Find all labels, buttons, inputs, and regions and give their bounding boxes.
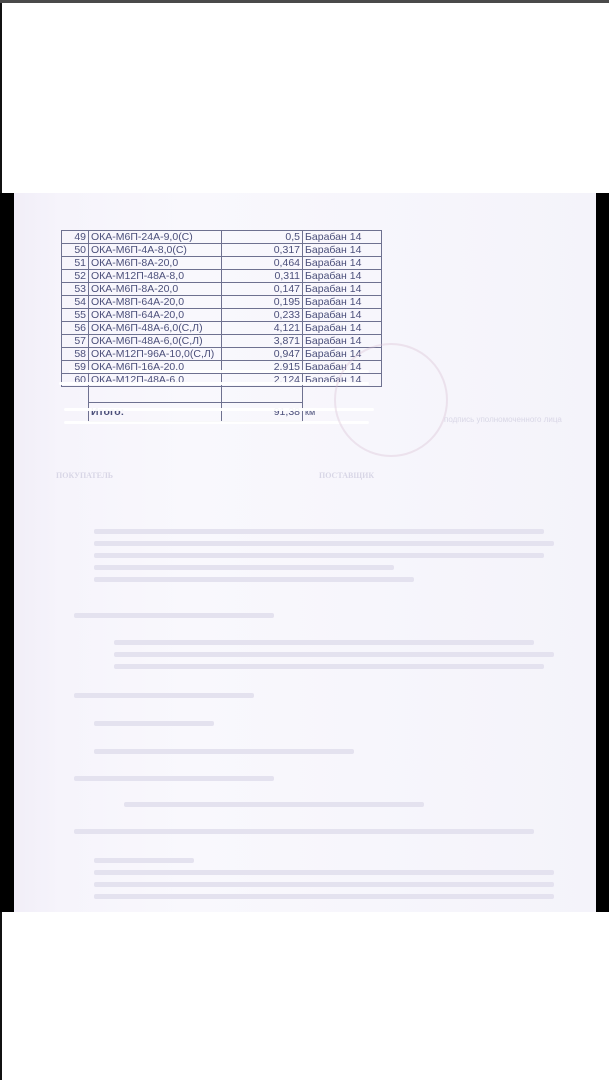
signature-left: ПОКУПАТЕЛЬ: [56, 471, 113, 480]
redaction-scribble: [69, 370, 369, 373]
cell-name: ОКА-М8П-64А-20,0: [89, 296, 222, 309]
cell-location: Барабан 14: [303, 309, 382, 322]
viewer-top-area: [0, 3, 609, 193]
cell-num: 54: [62, 296, 89, 309]
cell-num: 49: [62, 231, 89, 244]
cell-location: Барабан 14: [303, 244, 382, 257]
cell-num: 52: [62, 270, 89, 283]
cell-name: ОКА-М6П-24А-9,0(С): [89, 231, 222, 244]
table-row: 54ОКА-М8П-64А-20,00,195Барабан 14: [62, 296, 382, 309]
cell-name: ОКА-М6П-8А-20,0: [89, 257, 222, 270]
cell-length: 0,947: [222, 348, 303, 361]
cell-length: 0,464: [222, 257, 303, 270]
table-row: 56ОКА-М6П-48А-6,0(С,Л)4,121Барабан 14: [62, 322, 382, 335]
cell-name: ОКА-М6П-48А-6,0(С,Л): [89, 322, 222, 335]
cell-num: 55: [62, 309, 89, 322]
cell-length: 4,121: [222, 322, 303, 335]
cell-length: 0,317: [222, 244, 303, 257]
cell-length: 0,311: [222, 270, 303, 283]
redaction-scribble: [64, 408, 374, 411]
signature-right: ПОСТАВЩИК: [319, 471, 374, 480]
cell-name: ОКА-М12П-96А-10,0(С,Л): [89, 348, 222, 361]
cell-length: 0,147: [222, 283, 303, 296]
table-row: 57ОКА-М6П-48А-6,0(С,Л)3,871Барабан 14: [62, 335, 382, 348]
table-row: 55ОКА-М8П-64А-20,00,233Барабан 14: [62, 309, 382, 322]
cell-name: ОКА-М6П-48А-6,0(С,Л): [89, 335, 222, 348]
cell-num: 56: [62, 322, 89, 335]
cell-num: 57: [62, 335, 89, 348]
document-photo[interactable]: 49ОКА-М6П-24А-9,0(С)0,5Барабан 1450ОКА-М…: [0, 193, 609, 912]
cell-name: ОКА-М8П-64А-20,0: [89, 309, 222, 322]
stamp-caption: подпись уполномоченного лица: [444, 415, 562, 424]
table-row: 51ОКА-М6П-8А-20,00,464Барабан 14: [62, 257, 382, 270]
cell-num: 51: [62, 257, 89, 270]
cell-num: 53: [62, 283, 89, 296]
cell-num: 50: [62, 244, 89, 257]
table-row: 50ОКА-М6П-4А-8,0(С)0,317Барабан 14: [62, 244, 382, 257]
cell-length: 0,195: [222, 296, 303, 309]
table-row: 53ОКА-М6П-8А-20,00,147Барабан 14: [62, 283, 382, 296]
cell-location: Барабан 14: [303, 231, 382, 244]
cell-location: Барабан 14: [303, 257, 382, 270]
redaction-scribble: [59, 382, 369, 385]
document-page: 49ОКА-М6П-24А-9,0(С)0,5Барабан 1450ОКА-М…: [14, 193, 596, 912]
cell-length: 0,233: [222, 309, 303, 322]
table-row: 52ОКА-М12П-48А-8,00,311Барабан 14: [62, 270, 382, 283]
total-value: 91,38: [222, 403, 303, 422]
viewer-bottom-area: [0, 912, 609, 1080]
redaction-scribble: [64, 421, 369, 424]
stamp-seal: [334, 343, 448, 457]
table-row: 49ОКА-М6П-24А-9,0(С)0,5Барабан 14: [62, 231, 382, 244]
cell-location: Барабан 14: [303, 296, 382, 309]
cell-length: 3,871: [222, 335, 303, 348]
total-label: Итого:: [89, 403, 222, 422]
cell-name: ОКА-М6П-4А-8,0(С): [89, 244, 222, 257]
cell-location: Барабан 14: [303, 270, 382, 283]
table-row: 58ОКА-М12П-96А-10,0(С,Л)0,947Барабан 14: [62, 348, 382, 361]
cell-location: Барабан 14: [303, 335, 382, 348]
cell-num: 58: [62, 348, 89, 361]
cell-location: Барабан 14: [303, 283, 382, 296]
cell-name: ОКА-М12П-48А-8,0: [89, 270, 222, 283]
cell-location: Барабан 14: [303, 322, 382, 335]
cell-length: 0,5: [222, 231, 303, 244]
cell-name: ОКА-М6П-8А-20,0: [89, 283, 222, 296]
